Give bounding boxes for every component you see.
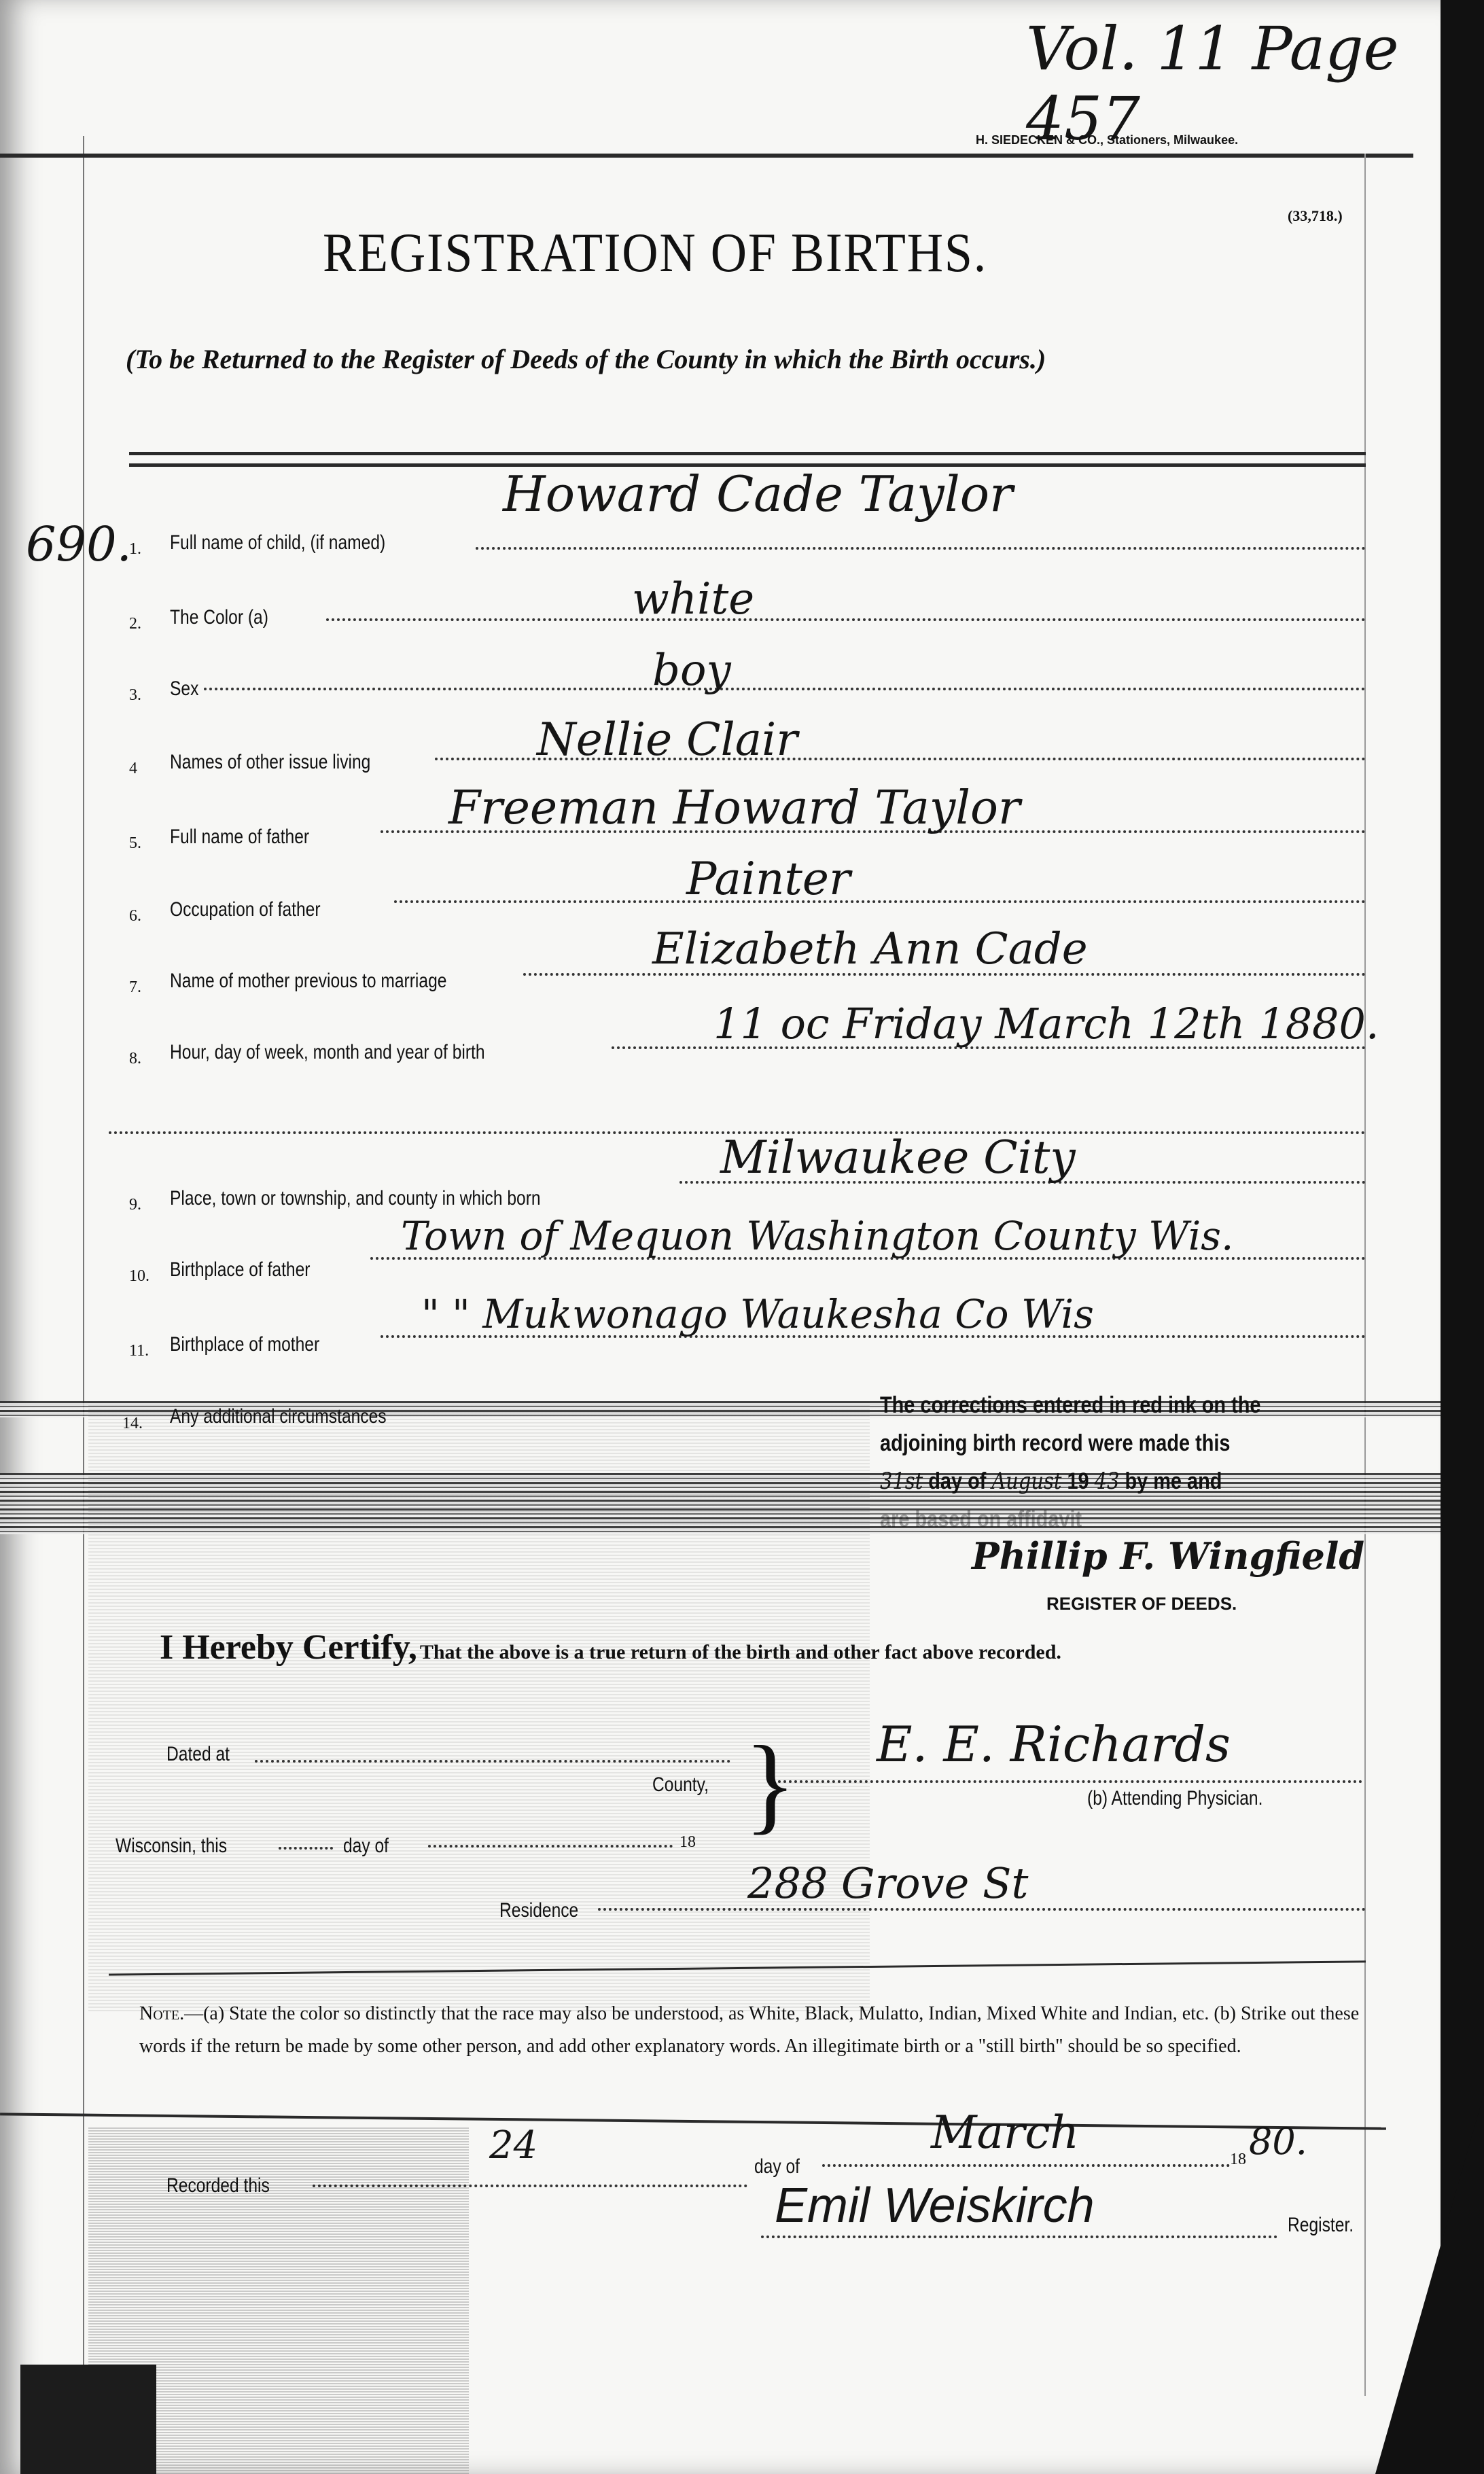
stamp-day: 31st bbox=[880, 1468, 923, 1495]
stamp-year-prefix: 19 bbox=[1067, 1468, 1089, 1494]
footnote-text: (a) State the color so distinctly that t… bbox=[139, 2003, 1359, 2057]
field-value-mother-maiden-name: Elizabeth Ann Cade bbox=[652, 924, 1088, 974]
field-label: Sex bbox=[170, 677, 198, 701]
register-label: Register. bbox=[1288, 2214, 1354, 2237]
title-double-rule-top bbox=[129, 452, 1366, 455]
correction-stamp: The corrections entered in red ink on th… bbox=[880, 1386, 1273, 1538]
field-value-birth-place: Milwaukee City bbox=[720, 1131, 1076, 1184]
field-label: Birthplace of mother bbox=[170, 1333, 319, 1356]
field-line bbox=[476, 547, 1366, 550]
field-label: Hour, day of week, month and year of bir… bbox=[170, 1041, 485, 1064]
field-number: 4 bbox=[129, 760, 137, 778]
attending-physician-label: (b) Attending Physician. bbox=[1087, 1787, 1262, 1810]
field-label: Names of other issue living bbox=[170, 751, 370, 774]
year-prefix: 18 bbox=[679, 1833, 696, 1852]
day-line bbox=[279, 1847, 333, 1850]
footnote-lead: Note.— bbox=[139, 2003, 203, 2024]
field-value-sex: boy bbox=[652, 646, 731, 696]
page-title: REGISTRATION OF BIRTHS. bbox=[323, 221, 987, 285]
field-value-father-birthplace: Town of Mequon Washington County Wis. bbox=[401, 1213, 1233, 1259]
field-label: Place, town or township, and county in w… bbox=[170, 1187, 541, 1210]
field-number: 2. bbox=[129, 615, 141, 633]
dated-at-line bbox=[255, 1760, 730, 1763]
field-line bbox=[204, 688, 1366, 690]
month-line bbox=[428, 1845, 673, 1848]
field-value-mother-birthplace: " " Mukwonago Waukesha Co Wis bbox=[421, 1291, 1094, 1337]
form-number: (33,718.) bbox=[1288, 207, 1343, 225]
stationer-imprint: H. SIEDECKEN & CO., Stationers, Milwauke… bbox=[976, 133, 1238, 147]
field-number: 9. bbox=[129, 1196, 141, 1214]
field-label: Full name of child, (if named) bbox=[170, 531, 385, 554]
field-number: 1. bbox=[129, 540, 141, 559]
stamp-line-4: are based on affidavit bbox=[880, 1500, 1273, 1538]
stamp-line-2: adjoining birth record were made this bbox=[880, 1424, 1273, 1462]
stamp-line-3: 31st day of August 19 43 by me and bbox=[880, 1462, 1273, 1500]
header-rule bbox=[0, 154, 1413, 158]
field-label: The Color (a) bbox=[170, 606, 268, 629]
field-value-other-issue: Nellie Clair bbox=[537, 713, 798, 766]
field-line bbox=[394, 900, 1366, 903]
field-number: 10. bbox=[129, 1267, 149, 1286]
margin-line bbox=[83, 136, 84, 2378]
field-value-color: white bbox=[632, 574, 754, 624]
stamp-day-of: day of bbox=[928, 1468, 986, 1494]
register-of-deeds-title: REGISTER OF DEEDS. bbox=[1046, 1593, 1237, 1614]
document-page: Vol. 11 Page 457 H. SIEDECKEN & CO., Sta… bbox=[0, 0, 1441, 2474]
field-label: Full name of father bbox=[170, 826, 309, 849]
county-label: County, bbox=[652, 1773, 709, 1797]
stamp-year-suffix: 43 bbox=[1095, 1468, 1120, 1495]
day-of-label: day of bbox=[343, 1835, 389, 1858]
field-line bbox=[326, 618, 1366, 621]
wisconsin-this-label: Wisconsin, this bbox=[116, 1835, 227, 1858]
physician-signature-line bbox=[778, 1780, 1362, 1783]
dated-at-label: Dated at bbox=[166, 1743, 230, 1766]
stamp-line-1: The corrections entered in red ink on th… bbox=[880, 1386, 1273, 1424]
field-label: Name of mother previous to marriage bbox=[170, 970, 446, 993]
recorded-month-line bbox=[822, 2164, 1230, 2167]
field-value-child-name: Howard Cade Taylor bbox=[503, 465, 1013, 523]
recorded-month: March bbox=[931, 2106, 1079, 2159]
recorded-day: 24 bbox=[489, 2123, 537, 2168]
register-signature: Emil Weiskirch bbox=[775, 2178, 1095, 2233]
residence-value: 288 Grove St bbox=[747, 1858, 1028, 1908]
field-number: 6. bbox=[129, 907, 141, 925]
register-of-deeds-signature: Phillip F. Wingfield bbox=[972, 1534, 1364, 1578]
field-number: 11. bbox=[129, 1342, 149, 1360]
residence-line bbox=[598, 1908, 1366, 1911]
field-value-birth-date: 11 oc Friday March 12th 1880. bbox=[713, 999, 1379, 1048]
recorded-day-of-label: day of bbox=[754, 2155, 800, 2178]
recorded-year-suffix: 80. bbox=[1249, 2120, 1307, 2163]
field-number: 7. bbox=[129, 978, 141, 997]
field-label: Occupation of father bbox=[170, 898, 321, 921]
field-number: 5. bbox=[129, 834, 141, 853]
bracket: } bbox=[744, 1729, 796, 1838]
field-number: 14. bbox=[122, 1415, 143, 1433]
field-number: 3. bbox=[129, 686, 141, 705]
residence-label: Residence bbox=[499, 1899, 578, 1922]
register-signature-line bbox=[761, 2236, 1277, 2238]
scan-border-block bbox=[20, 2365, 156, 2474]
certify-lead: I Hereby Certify, bbox=[160, 1628, 417, 1667]
field-label: Any additional circumstances bbox=[170, 1405, 387, 1428]
field-label: Birthplace of father bbox=[170, 1258, 310, 1282]
physician-signature: E. E. Richards bbox=[877, 1716, 1231, 1773]
field-value-father-occupation: Painter bbox=[686, 853, 851, 905]
recorded-year-prefix: 18 bbox=[1230, 2151, 1246, 2169]
scan-border-corner bbox=[1375, 2093, 1484, 2474]
scan-noise bbox=[88, 1400, 870, 2011]
page-subtitle: (To be Returned to the Register of Deeds… bbox=[126, 343, 1046, 375]
field-value-father-name: Freeman Howard Taylor bbox=[448, 781, 1020, 835]
margin-entry-number: 690. bbox=[26, 516, 132, 572]
stamp-by-me-and: by me and bbox=[1125, 1468, 1222, 1494]
stamp-month: August bbox=[991, 1468, 1061, 1495]
field-number: 8. bbox=[129, 1050, 141, 1068]
footnote: Note.—(a) State the color so distinctly … bbox=[139, 1998, 1376, 2063]
certify-text: That the above is a true return of the b… bbox=[420, 1641, 1061, 1663]
certification-statement: I Hereby Certify, That the above is a tr… bbox=[160, 1627, 1061, 1667]
